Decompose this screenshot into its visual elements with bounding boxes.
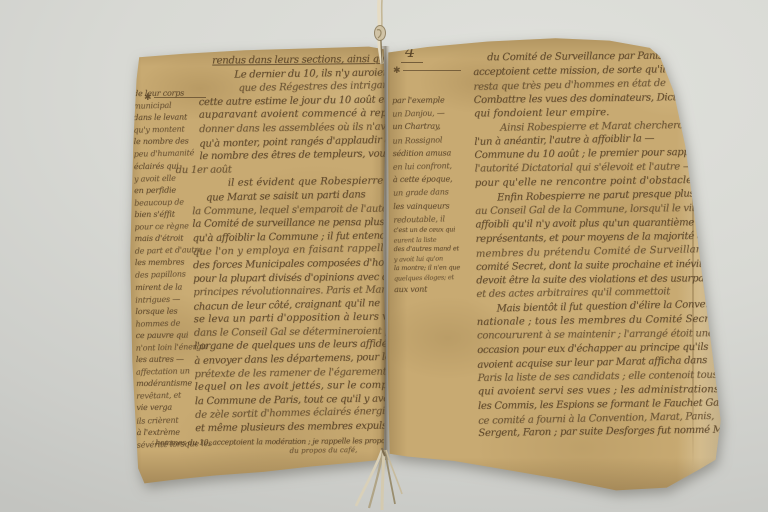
handwritten-line: du Comité de Surveillance par Panis — (487, 49, 722, 65)
handwritten-line: devoit être la suite des violations et d… (476, 272, 724, 288)
left-page-shadow-wrap: ✱ de leur corpsmunicipaldans le levantqu… (126, 44, 390, 486)
handwritten-line: qui fondoient leur empire. (474, 105, 723, 121)
handwritten-line: qui avoient servi ses vues ; les adminis… (478, 383, 724, 399)
margin-note: eurent la liste (393, 234, 477, 246)
binding-thread-bottom (338, 446, 422, 512)
page-number: 4 (401, 42, 423, 63)
handwritten-line: dans le Conseil Gal se détermineroient p… (194, 325, 390, 340)
margin-note: aux vont (394, 282, 478, 296)
margin-note: en lui confront, (393, 159, 477, 174)
left-page-body-text: rendus dans leurs sections, ainsi que le… (134, 52, 390, 460)
margin-note: les vainqueurs (393, 199, 477, 213)
handwritten-line: affoibli qu'il n'y avoit plus qu'un quar… (475, 216, 724, 232)
margin-note: un grade dans (393, 185, 477, 200)
handwritten-line: rendus dans leurs sections, ainsi que le… (212, 53, 386, 68)
manuscript-photograph: ✱ de leur corpsmunicipaldans le levantqu… (0, 0, 768, 512)
handwritten-line: lequel on les avoit jettés, sur le compt… (195, 379, 390, 394)
right-page-shadow-wrap: 4 ✱ par l'exempleun Danjou, —un Chartray… (387, 36, 724, 494)
handwritten-line: acceptoient cette mission, de sorte qu'i… (473, 62, 722, 79)
right-page-body-text: du Comité de Surveillance par Panis —acc… (473, 49, 724, 442)
margin-note: quelques éloges; et (394, 272, 478, 284)
manuscript-right-page: 4 ✱ par l'exempleun Danjou, —un Chartray… (387, 36, 724, 494)
handwritten-line: auparavant avoient commencé à reparoitre… (199, 107, 387, 122)
handwritten-line: pour la plupart divisés d'opinions avec … (193, 270, 389, 285)
handwritten-line: concoururent à se maintenir ; l'arrangé … (477, 327, 724, 343)
margin-note: y avoit lui qu'on (394, 253, 478, 265)
asterisk-glyph: ✱ (393, 66, 401, 76)
binding-thread-top (368, 0, 394, 66)
manuscript-left-page: ✱ de leur corpsmunicipaldans le levantqu… (126, 44, 390, 486)
margin-note: un Chartray, (392, 120, 476, 134)
margin-note: redoutable, il (393, 211, 477, 226)
asterisk-mark-right: ✱ (393, 66, 461, 76)
margin-note: un Rossignol (392, 132, 476, 147)
handwritten-line: l'autorité Dictatorial qui s'élevoit et … (475, 160, 724, 176)
margin-note: un Danjou, — (392, 106, 476, 121)
right-page-margin-notes: par l'exempleun Danjou, —un Chartray,un … (392, 93, 478, 296)
handwritten-line: la Comité de surveillance ne pensa plus (192, 216, 388, 231)
inked-dash-line (403, 70, 461, 71)
handwritten-line: du 1er août (176, 162, 388, 178)
